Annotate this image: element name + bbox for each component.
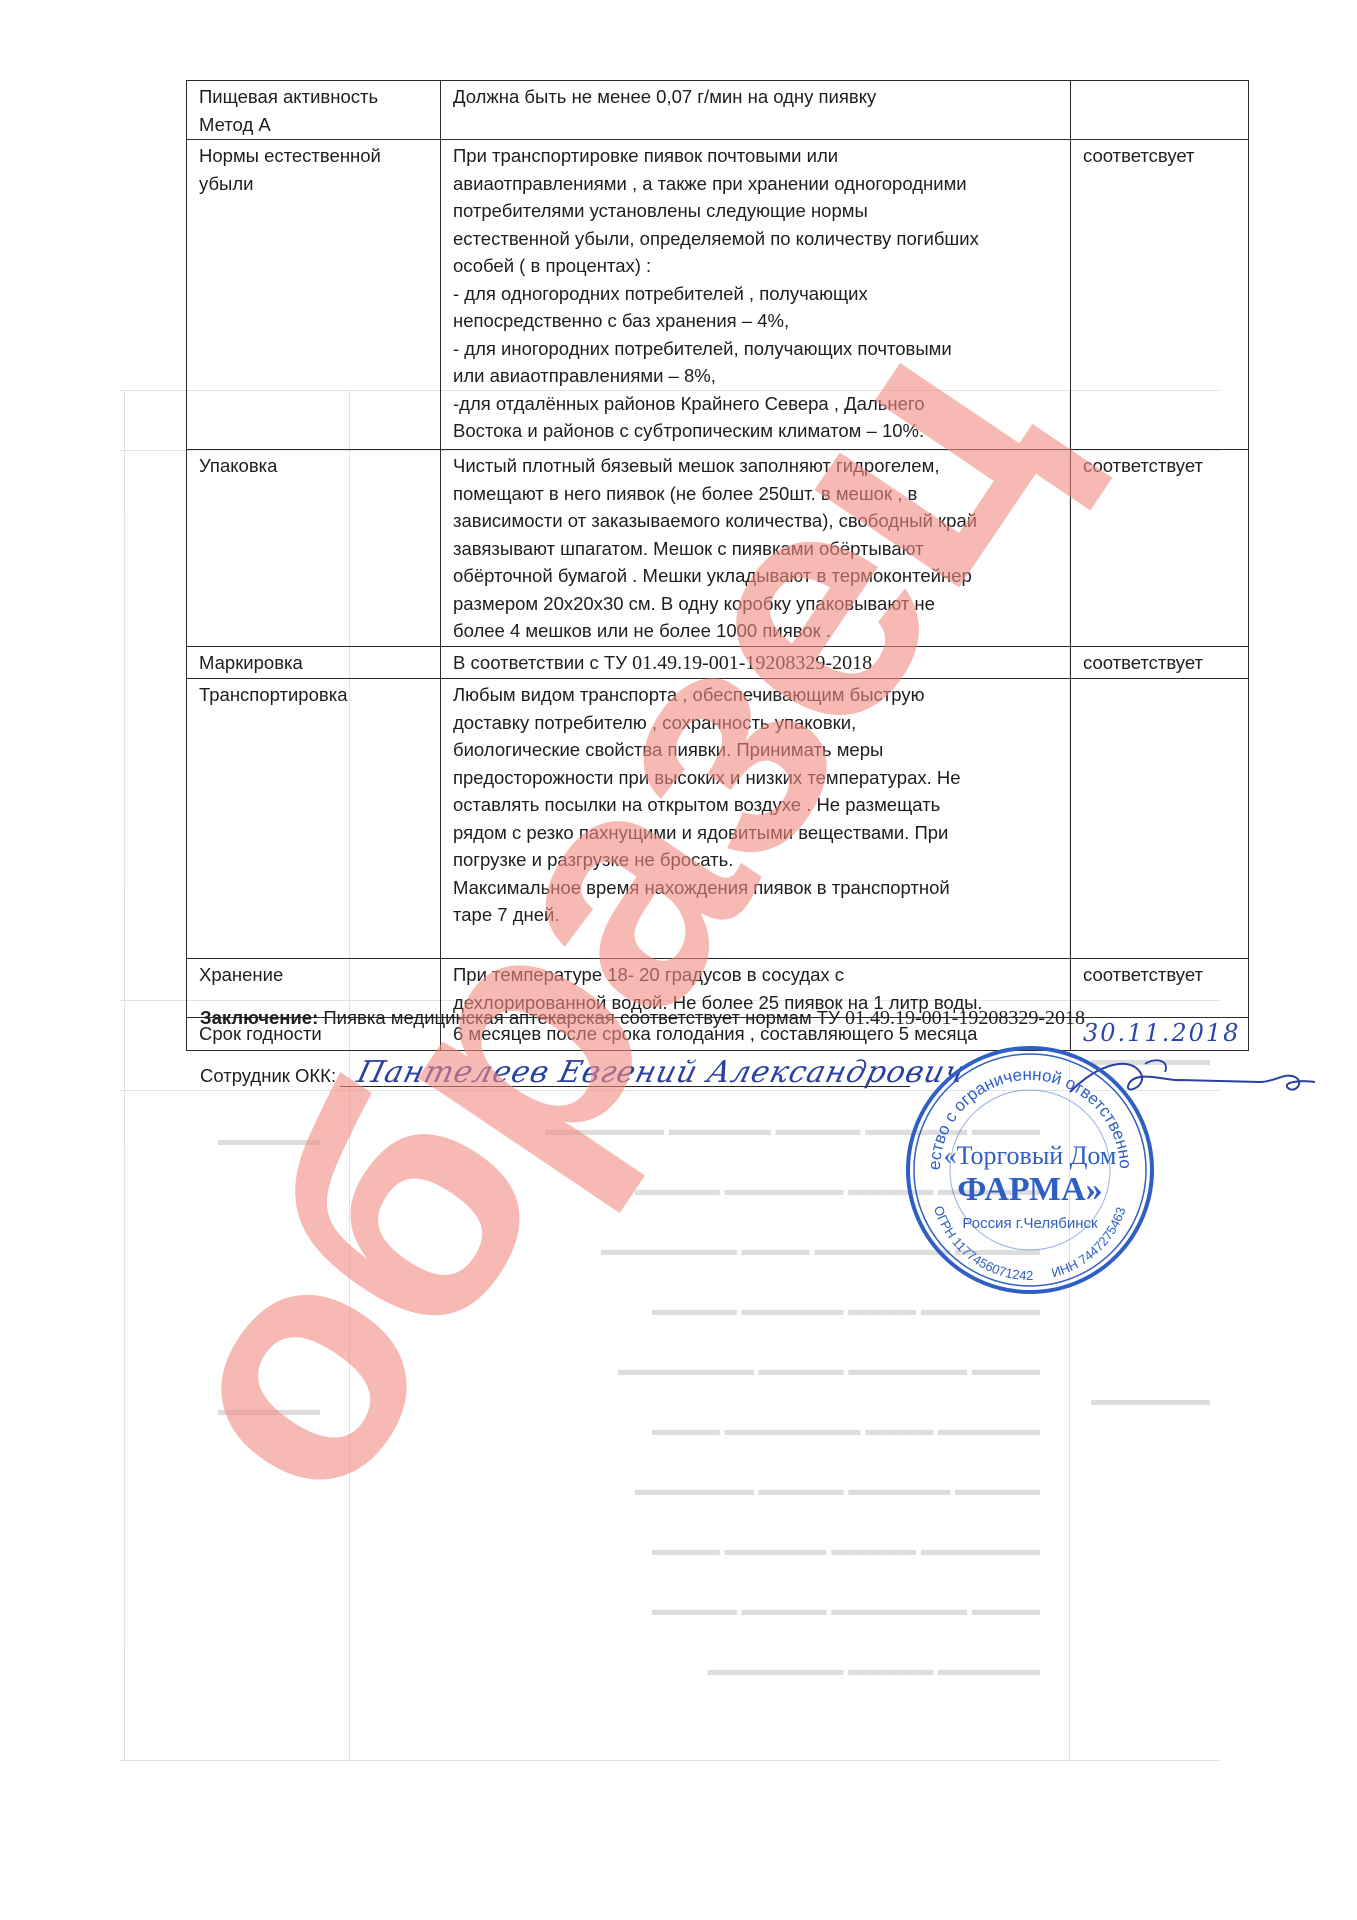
parameter-cell: Пищевая активность Метод А xyxy=(187,81,441,140)
parameter-cell: Упаковка xyxy=(187,450,441,647)
table-row: Транспортировка Любым видом транспорта ,… xyxy=(187,679,1249,959)
stamp-name-line2: ФАРМА» xyxy=(957,1171,1102,1208)
conclusion-text: Пиявка медицинская аптекарская соответст… xyxy=(318,1007,845,1028)
stamp-name-line1: «Торговый Дом xyxy=(944,1141,1117,1170)
stamp-city: Россия г.Челябинск xyxy=(962,1215,1098,1232)
signature-underline: Пантелеев Евгений Александрович xyxy=(340,1060,910,1087)
table-row: Упаковка Чистый плотный бязевый мешок за… xyxy=(187,450,1249,647)
employee-signature-line: Сотрудник ОКК: Пантелеев Евгений Алексан… xyxy=(200,1060,910,1087)
requirement-cell: При транспортировке пиявок почтовыми или… xyxy=(441,140,1071,450)
requirement-cell: В соответствии с ТУ 01.49.19-001-1920832… xyxy=(441,646,1071,679)
table-row: Нормы естественной убыли При транспортир… xyxy=(187,140,1249,450)
requirement-cell: Должна быть не менее 0,07 г/мин на одну … xyxy=(441,81,1071,140)
parameter-cell: Транспортировка xyxy=(187,679,441,959)
result-cell: соответствует xyxy=(1071,959,1249,1018)
parameter-cell: Нормы естественной убыли xyxy=(187,140,441,450)
result-cell: соответствует xyxy=(1071,450,1249,647)
result-cell xyxy=(1071,81,1249,140)
requirement-cell: Любым видом транспорта , обеспечивающим … xyxy=(441,679,1071,959)
table-row: Пищевая активность Метод А Должна быть н… xyxy=(187,81,1249,140)
conclusion: Заключение: Пиявка медицинская аптекарск… xyxy=(200,1007,1085,1030)
conclusion-label: Заключение: xyxy=(200,1007,318,1028)
tu-code: 01.49.19-001-19208329-2018 xyxy=(632,652,872,674)
conclusion-tu-code: 01.49.19-001-19208329-2018 xyxy=(845,1007,1085,1029)
result-cell: соответствует xyxy=(1071,646,1249,679)
result-cell xyxy=(1071,679,1249,959)
company-stamp-icon: Общество с ограниченной ответственностью… xyxy=(900,1040,1160,1300)
requirement-prefix: В соответствии с ТУ xyxy=(453,652,632,673)
result-cell: соответсвует xyxy=(1071,140,1249,450)
document-page: ▬▬▬▬ ▬▬▬▬▬▬ ▬▬▬▬▬ ▬▬▬▬▬▬ ▬▬▬▬▬▬▬ ▬▬▬▬▬▬ … xyxy=(0,0,1357,1920)
requirement-cell: Чистый плотный бязевый мешок заполняют г… xyxy=(441,450,1071,647)
employee-label: Сотрудник ОКК: xyxy=(200,1065,336,1087)
handwritten-signature: Пантелеев Евгений Александрович xyxy=(354,1055,969,1090)
specification-table: Пищевая активность Метод А Должна быть н… xyxy=(186,80,1249,1051)
parameter-cell: Маркировка xyxy=(187,646,441,679)
table-row: Маркировка В соответствии с ТУ 01.49.19-… xyxy=(187,646,1249,679)
